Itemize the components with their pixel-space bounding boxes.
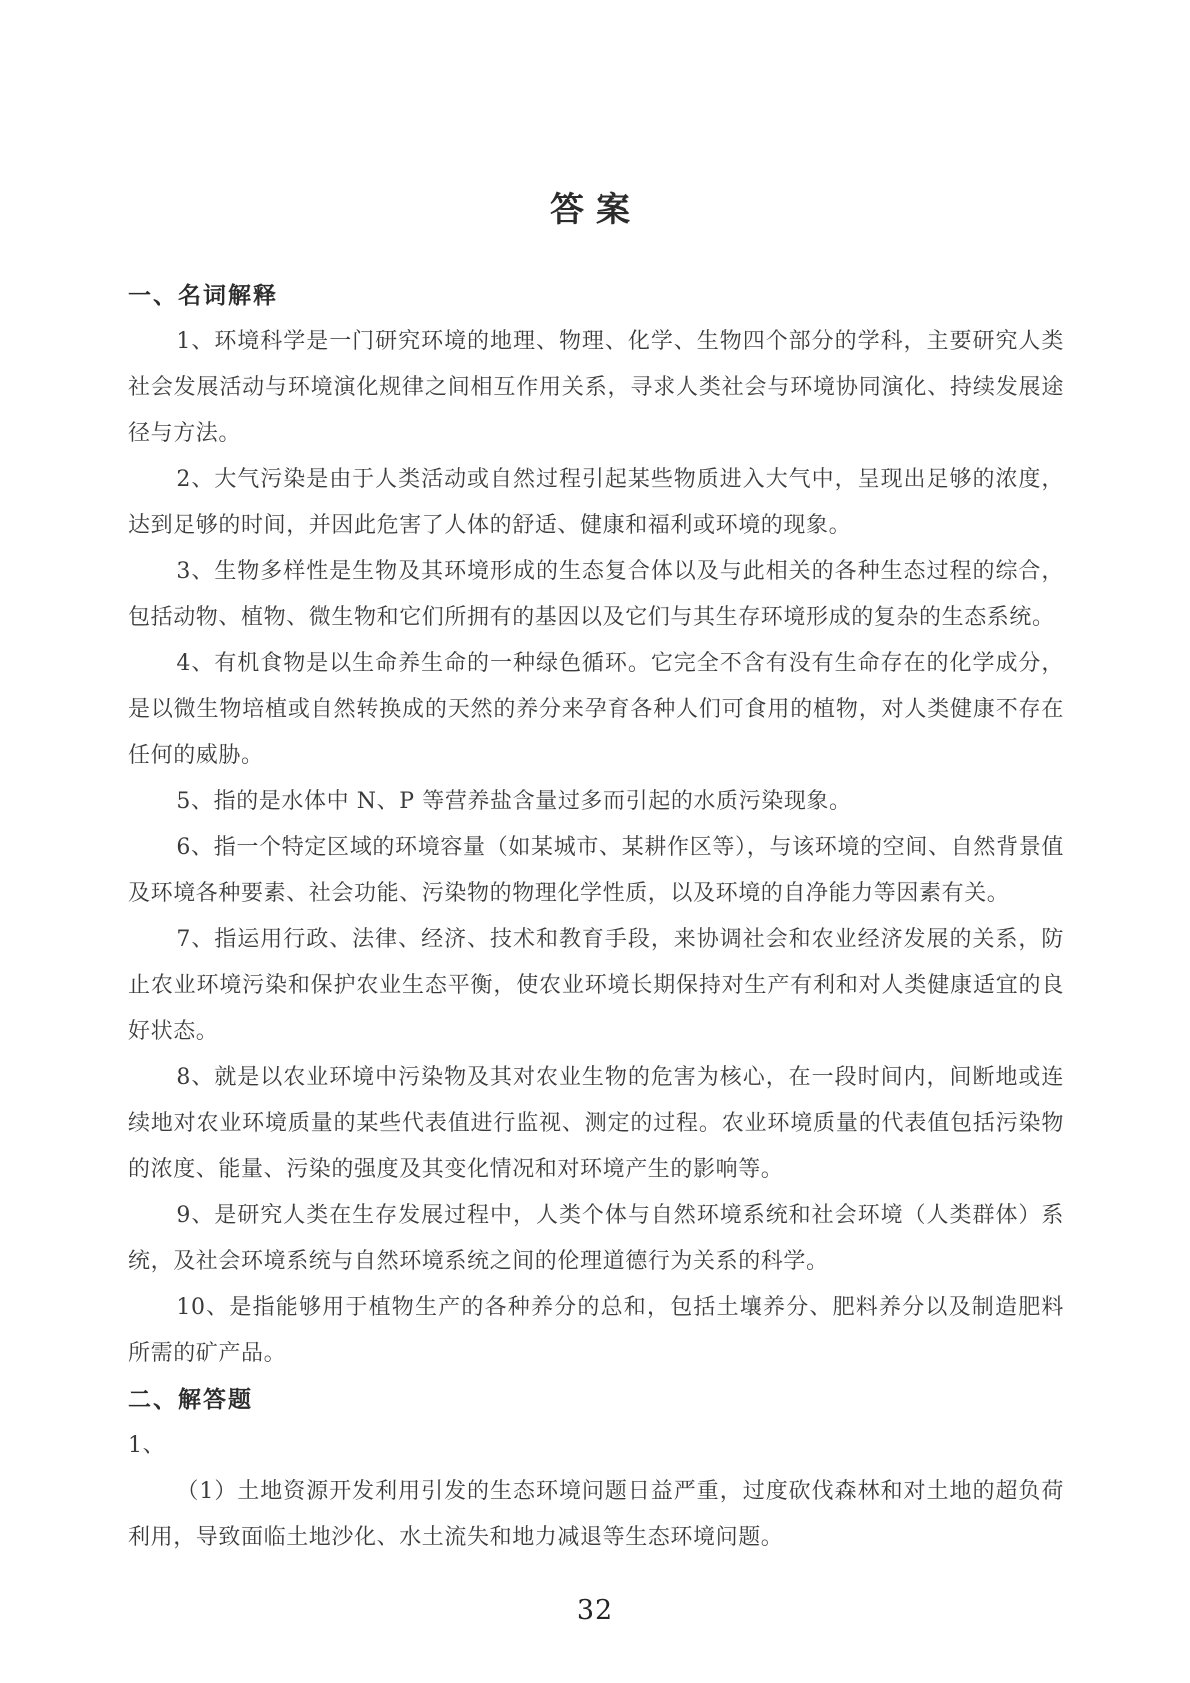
- definition-item-6: 6、指一个特定区域的环境容量（如某城市、某耕作区等），与该环境的空间、自然背景值…: [128, 825, 1064, 917]
- definition-item-3: 3、生物多样性是生物及其环境形成的生态复合体以及与此相关的各种生态过程的综合，包…: [128, 549, 1064, 641]
- section-1-heading: 一、名词解释: [128, 273, 1064, 319]
- definition-item-10: 10、是指能够用于植物生产的各种养分的总和，包括土壤养分、肥料养分以及制造肥料所…: [128, 1285, 1064, 1377]
- definition-item-1: 1、环境科学是一门研究环境的地理、物理、化学、生物四个部分的学科，主要研究人类社…: [128, 319, 1064, 457]
- definition-item-2: 2、大气污染是由于人类活动或自然过程引起某些物质进入大气中，呈现出足够的浓度，达…: [128, 457, 1064, 549]
- definition-item-5: 5、指的是水体中 N、P 等营养盐含量过多而引起的水质污染现象。: [128, 779, 1064, 825]
- definition-item-8: 8、就是以农业环境中污染物及其对农业生物的危害为核心，在一段时间内，间断地或连续…: [128, 1055, 1064, 1193]
- section-term-definitions: 一、名词解释 1、环境科学是一门研究环境的地理、物理、化学、生物四个部分的学科，…: [128, 273, 1064, 1377]
- section-2-heading: 二、解答题: [128, 1377, 1064, 1423]
- page-number: 32: [0, 1595, 1190, 1626]
- section-answer-questions: 二、解答题 1、 （1）土地资源开发利用引发的生态环境问题日益严重，过度砍伐森林…: [128, 1377, 1064, 1561]
- document-page: 答案 一、名词解释 1、环境科学是一门研究环境的地理、物理、化学、生物四个部分的…: [0, 0, 1190, 1683]
- answer-item-1-part-1: （1）土地资源开发利用引发的生态环境问题日益严重，过度砍伐森林和对土地的超负荷利…: [128, 1469, 1064, 1561]
- definition-item-4: 4、有机食物是以生命养生命的一种绿色循环。它完全不含有没有生命存在的化学成分，是…: [128, 641, 1064, 779]
- page-content: 答案 一、名词解释 1、环境科学是一门研究环境的地理、物理、化学、生物四个部分的…: [128, 182, 1064, 1561]
- answer-item-1-label: 1、: [128, 1423, 1064, 1469]
- definition-item-9: 9、是研究人类在生存发展过程中，人类个体与自然环境系统和社会环境（人类群体）系统…: [128, 1193, 1064, 1285]
- page-title: 答案: [128, 182, 1064, 231]
- definition-item-7: 7、指运用行政、法律、经济、技术和教育手段，来协调社会和农业经济发展的关系，防止…: [128, 917, 1064, 1055]
